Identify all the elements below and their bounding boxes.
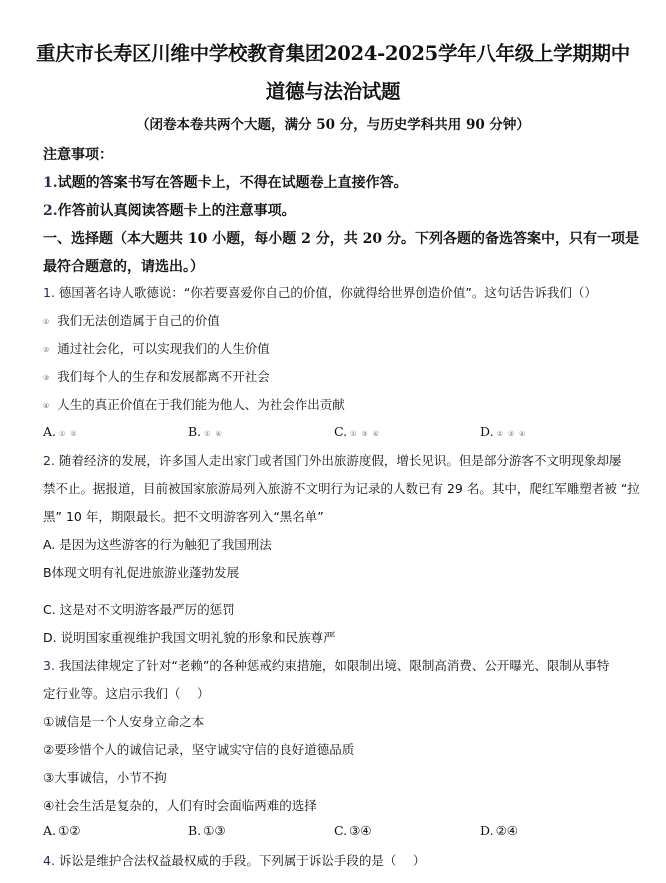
choice-letter: A. [43, 537, 55, 552]
choice-c[interactable]: C.①③④ [334, 424, 384, 439]
choice-value: ①② [59, 430, 82, 438]
question-4-stem: 4. 诉讼是维护合法权益最权威的手段。下列属于诉讼手段的是（ ） [43, 851, 425, 869]
choice-value: ①② [58, 823, 80, 838]
choice-letter: B. [188, 424, 201, 439]
statement-marker: ① [43, 714, 54, 729]
choice-value: ①③ [203, 823, 225, 838]
choice-c[interactable]: C.③④ [334, 823, 372, 838]
statement-text: 社会生活是复杂的，人们有时会面临两难的选择 [54, 798, 317, 813]
question-1-statement-2: ②通过社会化，可以实现我们的人生价值 [43, 339, 270, 357]
exam-subtitle: （闭卷本卷共两个大题，满分 50 分，与历史学科共用 90 分钟） [0, 113, 666, 133]
notice-item-text: 作答前认真阅读答题卡上的注意事项。 [58, 203, 296, 219]
statement-text: 大事诚信，小节不拘 [54, 770, 167, 785]
choice-value: ②③④ [497, 430, 531, 438]
question-2-stem-line1: 2. 随着经济的发展，许多国人走出家门或者国门外出旅游度假，增长见识。但是部分游… [43, 451, 621, 469]
question-number: 2. [43, 453, 55, 468]
choice-value: ①④ [204, 430, 227, 438]
exam-page: 重庆市长寿区川维中学校教育集团2024-2025学年八年级上学期期中 道德与法治… [0, 0, 666, 883]
question-stem-text: 我国法律规定了针对“老赖”的各种惩戒约束措施，如限制出境、限制高消费、公开曝光、… [59, 658, 609, 673]
choice-d[interactable]: D.②③④ [480, 424, 530, 439]
question-1-stem: 1. 德国著名诗人歌德说：“你若要喜爱你自己的价值，你就得给世界创造价值”。这句… [43, 283, 597, 301]
notice-heading: 注意事项： [43, 144, 113, 164]
section1-heading-line1: 一、选择题（本大题共 10 小题，每小题 2 分，共 20 分。下列各题的备选答… [43, 228, 639, 248]
statement-marker: ④ [43, 402, 49, 410]
question-2-choice-b[interactable]: B体现文明有礼促进旅游业蓬勃发展 [43, 563, 239, 581]
question-stem-text: 随着经济的发展，许多国人走出家门或者国门外出旅游度假，增长见识。但是部分游客不文… [59, 453, 622, 468]
question-3-stem-line2: 定行业等。这启示我们（ ） [43, 684, 209, 702]
choice-text: 这是对不文明游客最严厉的惩罚 [60, 602, 235, 617]
exam-title-line2: 道德与法治试题 [0, 76, 666, 104]
question-number: 1. [43, 285, 55, 300]
notice-item-1: 1.试题的答案书写在答题卡上，不得在试题卷上直接作答。 [43, 172, 408, 192]
question-2-choice-c[interactable]: C. 这是对不文明游客最严厉的惩罚 [43, 600, 235, 618]
statement-marker: ② [43, 742, 54, 757]
question-number: 4. [43, 853, 55, 868]
question-2-stem-line3: 黑” 10 年，期限最长。把不文明游客列入“黑名单” [43, 507, 324, 525]
choice-value: ③④ [349, 823, 371, 838]
choice-letter: D. [480, 823, 494, 838]
statement-text: 我们每个人的生存和发展都离不开社会 [57, 369, 270, 384]
statement-text: 通过社会化，可以实现我们的人生价值 [57, 341, 270, 356]
section1-heading-line2: 最符合题意的，请选出。） [43, 256, 204, 276]
statement-marker: ④ [43, 798, 54, 813]
choice-text: 说明国家重视维护我国文明礼貌的形象和民族尊严 [61, 630, 336, 645]
exam-title-line1: 重庆市长寿区川维中学校教育集团2024-2025学年八年级上学期期中 [0, 38, 666, 66]
question-number: 3. [43, 658, 55, 673]
choice-letter: A. [43, 823, 56, 838]
statement-text: 我们无法创造属于自己的价值 [57, 313, 220, 328]
choice-text: 是因为这些游客的行为触犯了我国刑法 [59, 537, 272, 552]
question-1-statement-1: ①我们无法创造属于自己的价值 [43, 311, 220, 329]
question-stem-text: 德国著名诗人歌德说：“你若要喜爱你自己的价值，你就得给世界创造价值”。这句话告诉… [59, 285, 597, 300]
question-3-statement-3: ③大事诚信，小节不拘 [43, 768, 167, 786]
choice-letter: B [43, 565, 52, 580]
choice-b[interactable]: B.①③ [188, 823, 226, 838]
statement-marker: ③ [43, 374, 49, 382]
question-3-statement-2: ②要珍惜个人的诚信记录，坚守诚实守信的良好道德品质 [43, 740, 354, 758]
question-2-stem-line2: 禁不止。据报道，目前被国家旅游局列入旅游不文明行为记录的人数已有 29 名。其中… [43, 479, 640, 497]
question-3-statement-1: ①诚信是一个人安身立命之本 [43, 712, 204, 730]
statement-marker: ③ [43, 770, 54, 785]
notice-item-number: 2. [43, 203, 58, 219]
statement-marker: ② [43, 346, 49, 354]
statement-text: 人生的真正价值在于我们能为他人、为社会作出贡献 [57, 397, 345, 412]
choice-text: 体现文明有礼促进旅游业蓬勃发展 [52, 565, 240, 580]
choice-a[interactable]: A.①② [43, 823, 80, 838]
question-1-choices: A.①② B.①④ C.①③④ D.②③④ [43, 424, 643, 444]
choice-d[interactable]: D.②④ [480, 823, 518, 838]
choice-letter: C. [43, 602, 56, 617]
notice-item-2: 2.作答前认真阅读答题卡上的注意事项。 [43, 200, 296, 220]
question-3-choices: A.①② B.①③ C.③④ D.②④ [43, 823, 643, 843]
question-1-statement-3: ③我们每个人的生存和发展都离不开社会 [43, 367, 270, 385]
choice-letter: B. [188, 823, 201, 838]
statement-text: 诚信是一个人安身立命之本 [54, 714, 204, 729]
choice-letter: D. [480, 424, 494, 439]
question-1-statement-4: ④人生的真正价值在于我们能为他人、为社会作出贡献 [43, 395, 345, 413]
statement-text: 要珍惜个人的诚信记录，坚守诚实守信的良好道德品质 [54, 742, 354, 757]
choice-letter: C. [334, 424, 347, 439]
choice-letter: A. [43, 424, 56, 439]
question-2-choice-a[interactable]: A. 是因为这些游客的行为触犯了我国刑法 [43, 535, 272, 553]
choice-letter: C. [334, 823, 347, 838]
question-3-stem-line1: 3. 我国法律规定了针对“老赖”的各种惩戒约束措施，如限制出境、限制高消费、公开… [43, 656, 609, 674]
question-stem-text: 诉讼是维护合法权益最权威的手段。下列属于诉讼手段的是（ ） [59, 853, 425, 868]
choice-value: ①③④ [350, 430, 384, 438]
choice-b[interactable]: B.①④ [188, 424, 227, 439]
question-2-choice-d[interactable]: D. 说明国家重视维护我国文明礼貌的形象和民族尊严 [43, 628, 336, 646]
notice-item-number: 1. [43, 175, 58, 191]
notice-item-text: 试题的答案书写在答题卡上，不得在试题卷上直接作答。 [58, 175, 408, 191]
question-3-statement-4: ④社会生活是复杂的，人们有时会面临两难的选择 [43, 796, 317, 814]
choice-letter: D. [43, 630, 57, 645]
choice-value: ②④ [496, 823, 518, 838]
statement-marker: ① [43, 318, 49, 326]
choice-a[interactable]: A.①② [43, 424, 82, 439]
